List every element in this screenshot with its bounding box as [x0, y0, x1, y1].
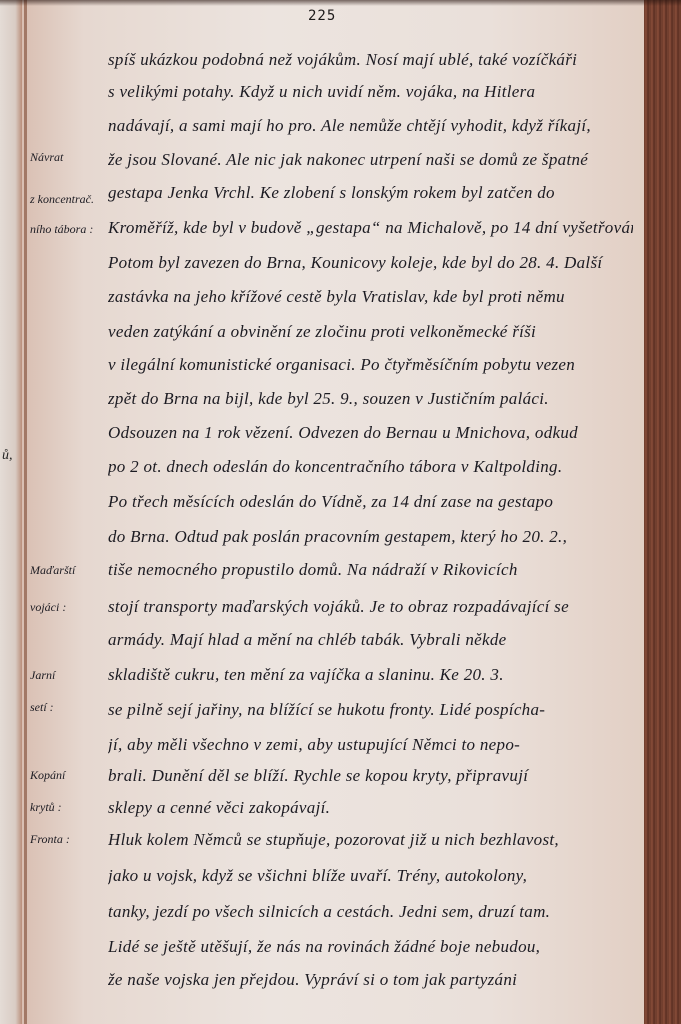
- margin-note-madarsti-2: vojáci :: [30, 600, 66, 615]
- text-line: že naše vojska jen přejdou. Vypráví si o…: [108, 970, 633, 990]
- margin-note-jarni-2: setí :: [30, 700, 54, 715]
- margin-note-fronta: Fronta :: [30, 832, 70, 847]
- text-line: Potom byl zavezen do Brna, Kounicovy kol…: [108, 253, 633, 273]
- text-line: stojí transporty maďarských vojáků. Je t…: [108, 597, 633, 617]
- margin-note-navrat-2: z koncentrač.: [30, 192, 94, 207]
- text-line: jako u vojsk, když se všichni blíže uvař…: [108, 866, 633, 886]
- text-line: do Brna. Odtud pak poslán pracovním gest…: [108, 527, 633, 547]
- page-number: 225: [308, 8, 336, 24]
- text-line: tiše nemocného propustilo domů. Na nádra…: [108, 560, 633, 580]
- margin-note-madarsti-1: Maďarští: [30, 563, 75, 578]
- margin-note-kopani-1: Kopání: [30, 768, 65, 783]
- binding-gutter-line: [24, 0, 27, 1024]
- text-line: v ilegální komunistické organisaci. Po č…: [108, 355, 633, 375]
- margin-note-jarni-1: Jarní: [30, 668, 55, 683]
- text-line: Po třech měsících odeslán do Vídně, za 1…: [108, 492, 633, 512]
- text-line: se pilně sejí jařiny, na blížící se huko…: [108, 700, 633, 720]
- text-line: tanky, jezdí po všech silnicích a cestác…: [108, 902, 633, 922]
- book-page-edges: [644, 0, 681, 1024]
- text-line: Kroměříž, kde byl v budově „gestapa“ na …: [108, 218, 633, 238]
- text-line: brali. Dunění děl se blíží. Rychle se ko…: [108, 766, 633, 786]
- text-line: armády. Mají hlad a mění na chléb tabák.…: [108, 630, 633, 650]
- text-line: gestapa Jenka Vrchl. Ke zlobení s lonský…: [108, 183, 633, 203]
- text-line: Odsouzen na 1 rok vězení. Odvezen do Ber…: [108, 423, 633, 443]
- text-line: nadávají, a sami mají ho pro. Ale nemůže…: [108, 116, 633, 136]
- margin-note-navrat-1: Návrat: [30, 150, 63, 165]
- text-line: spíš ukázkou podobná než vojákům. Nosí m…: [108, 50, 633, 70]
- text-line: jí, aby měli všechno v zemi, aby ustupuj…: [108, 735, 633, 755]
- text-line: po 2 ot. dnech odeslán do koncentračního…: [108, 457, 633, 477]
- text-line: veden zatýkání a obvinění ze zločinu pro…: [108, 322, 633, 342]
- margin-note-navrat-3: ního tábora :: [30, 222, 93, 237]
- text-line: skladiště cukru, ten mění za vajíčka a s…: [108, 665, 633, 685]
- text-line: že jsou Slované. Ale nic jak nakonec utr…: [108, 150, 633, 170]
- text-line: zpět do Brna na bijl, kde byl 25. 9., so…: [108, 389, 633, 409]
- text-line: zastávka na jeho křížové cestě byla Vrat…: [108, 287, 633, 307]
- top-shadow: [0, 0, 681, 6]
- text-line: sklepy a cenné věci zakopávají.: [108, 798, 633, 818]
- text-line: Hluk kolem Němců se stupňuje, pozorovat …: [108, 830, 633, 850]
- text-line: Lidé se ještě utěšují, že nás na rovinác…: [108, 937, 633, 957]
- previous-page-edge: [0, 0, 22, 1024]
- margin-note-kopani-2: krytů :: [30, 800, 62, 815]
- text-line: s velikými potahy. Když u nich uvidí něm…: [108, 82, 633, 102]
- previous-page-text-fragment: ů,: [2, 448, 13, 464]
